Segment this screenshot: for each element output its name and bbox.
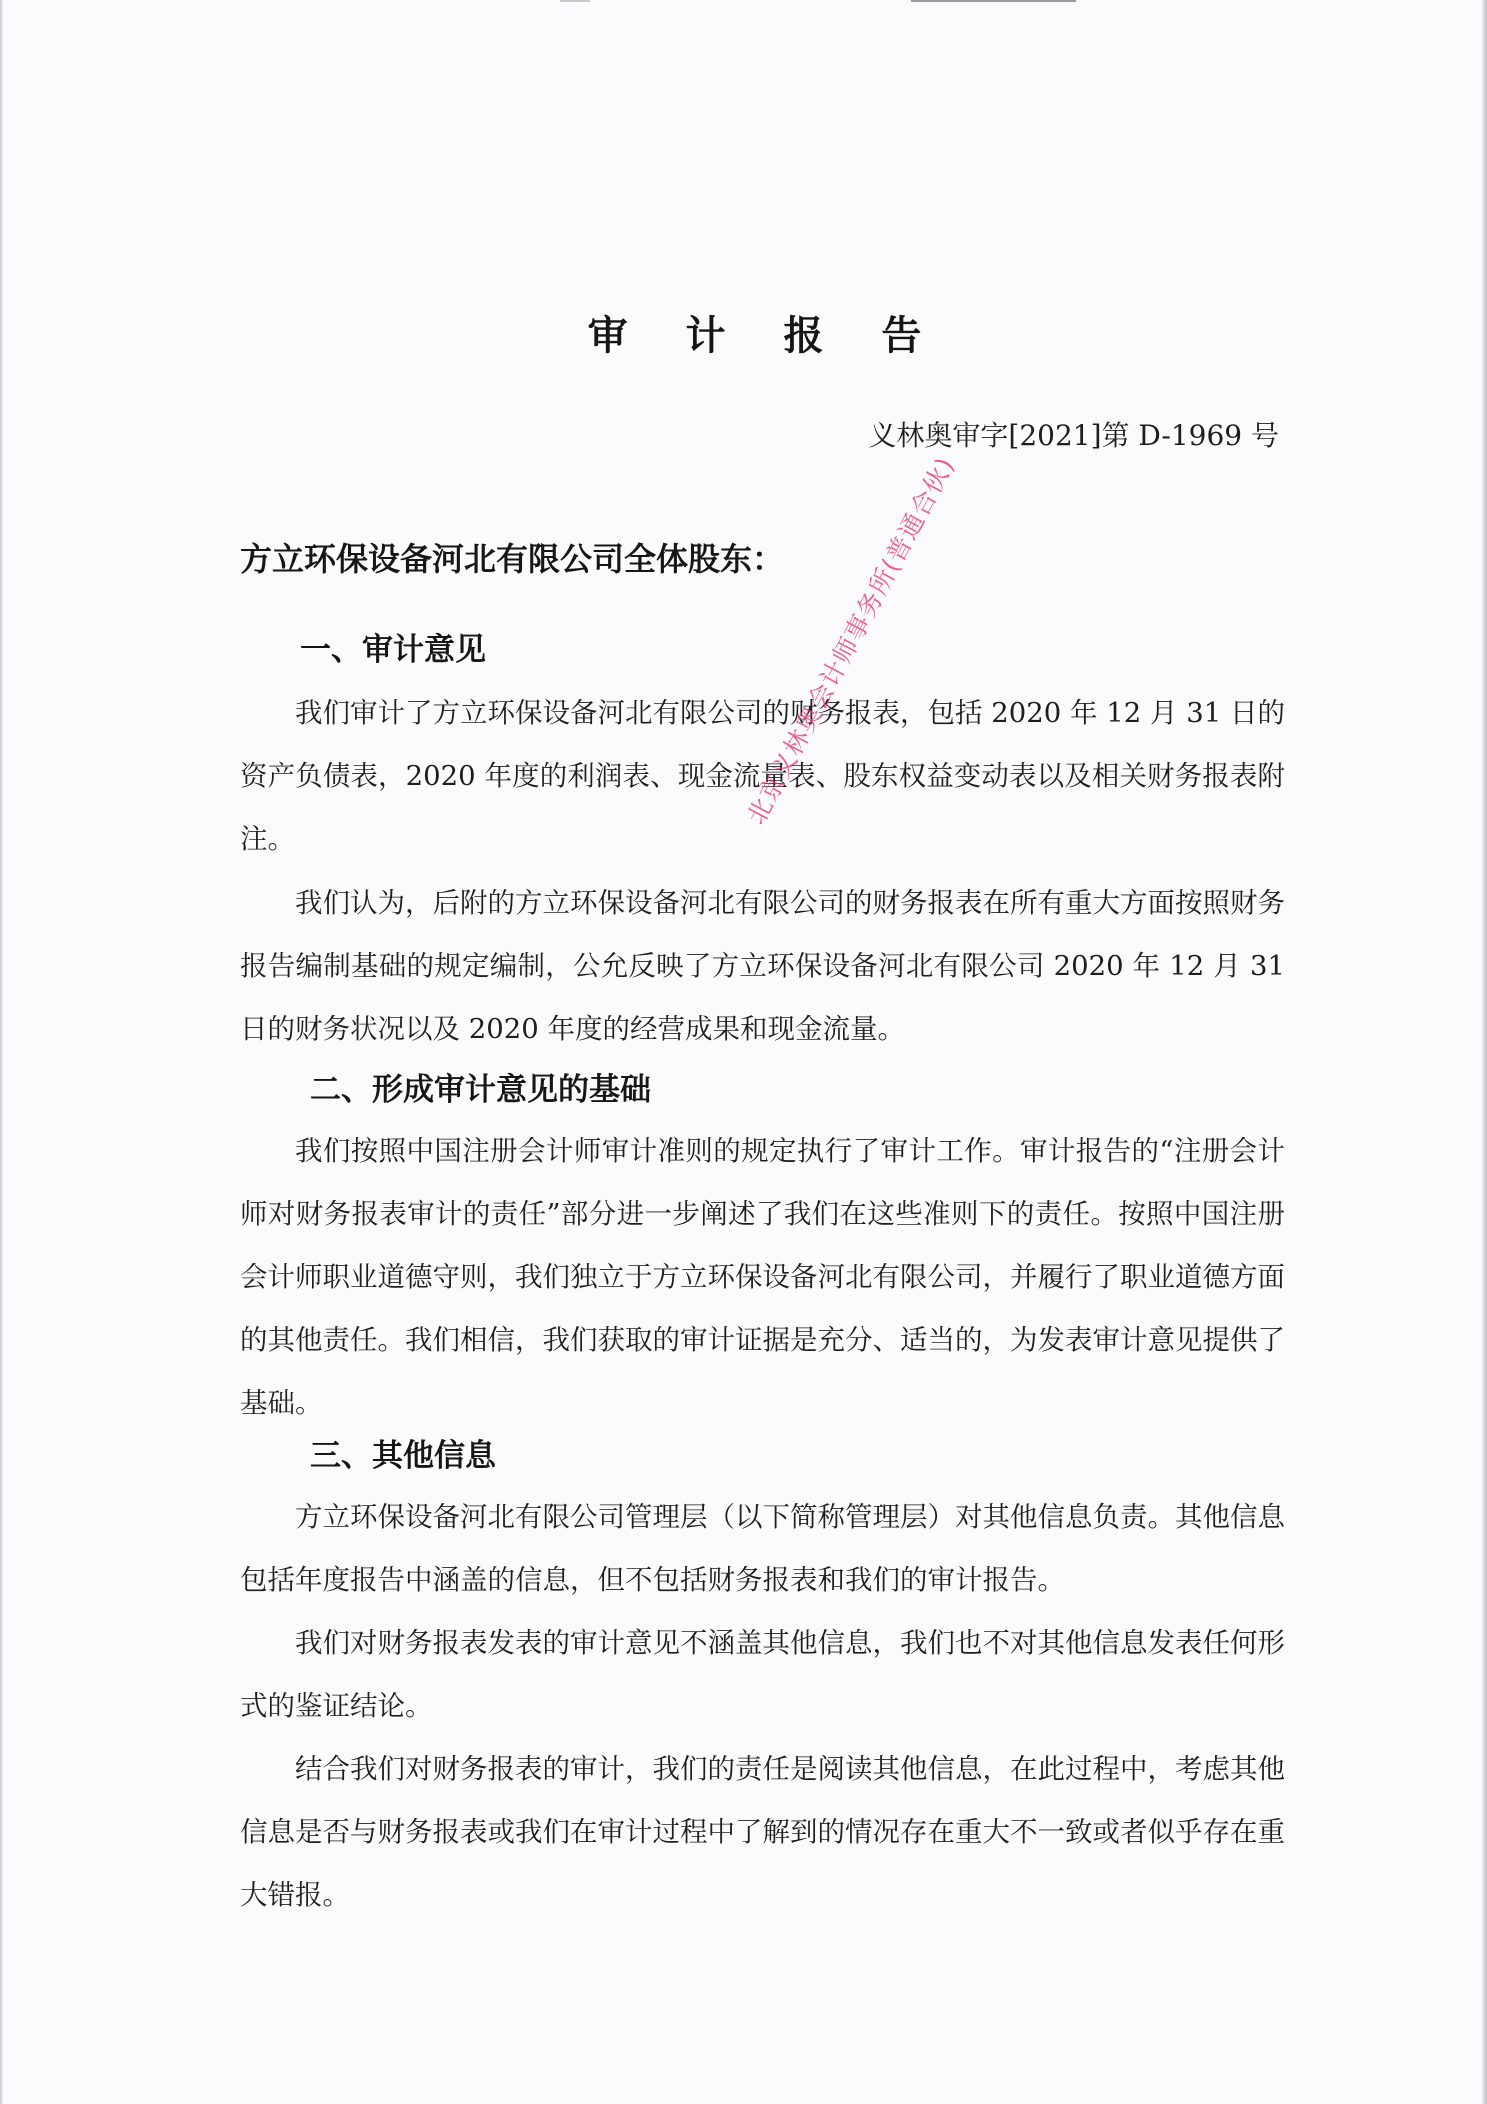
addressee: 方立环保设备河北有限公司全体股东： <box>240 534 784 580</box>
paragraph-audit-scope: 我们审计了方立环保设备河北有限公司的财务报表，包括 2020 年 12 月 31… <box>240 682 1285 871</box>
section-heading-audit-opinion: 一、审计意见 <box>300 624 486 669</box>
document-title: 审 计 报 告 <box>0 304 1487 361</box>
paragraph-other-info-reading: 结合我们对财务报表的审计，我们的责任是阅读其他信息，在此过程中，考虑其他信息是否… <box>240 1738 1285 1927</box>
document-page: 审 计 报 告 义林奥审字[2021]第 D-1969 号 方立环保设备河北有限… <box>0 0 1487 2104</box>
reference-number: 义林奥审字[2021]第 D-1969 号 <box>868 414 1279 454</box>
paragraph-other-info-responsibility: 方立环保设备河北有限公司管理层（以下简称管理层）对其他信息负责。其他信息包括年度… <box>240 1486 1285 1612</box>
paragraph-other-info-no-assurance: 我们对财务报表发表的审计意见不涵盖其他信息，我们也不对其他信息发表任何形式的鉴证… <box>240 1612 1285 1738</box>
section-heading-other-info: 三、其他信息 <box>310 1430 496 1475</box>
paragraph-opinion: 我们认为，后附的方立环保设备河北有限公司的财务报表在所有重大方面按照财务报告编制… <box>240 872 1285 1061</box>
section-heading-basis: 二、形成审计意见的基础 <box>310 1064 651 1109</box>
paragraph-basis: 我们按照中国注册会计师审计准则的规定执行了审计工作。审计报告的“注册会计师对财务… <box>240 1120 1285 1435</box>
